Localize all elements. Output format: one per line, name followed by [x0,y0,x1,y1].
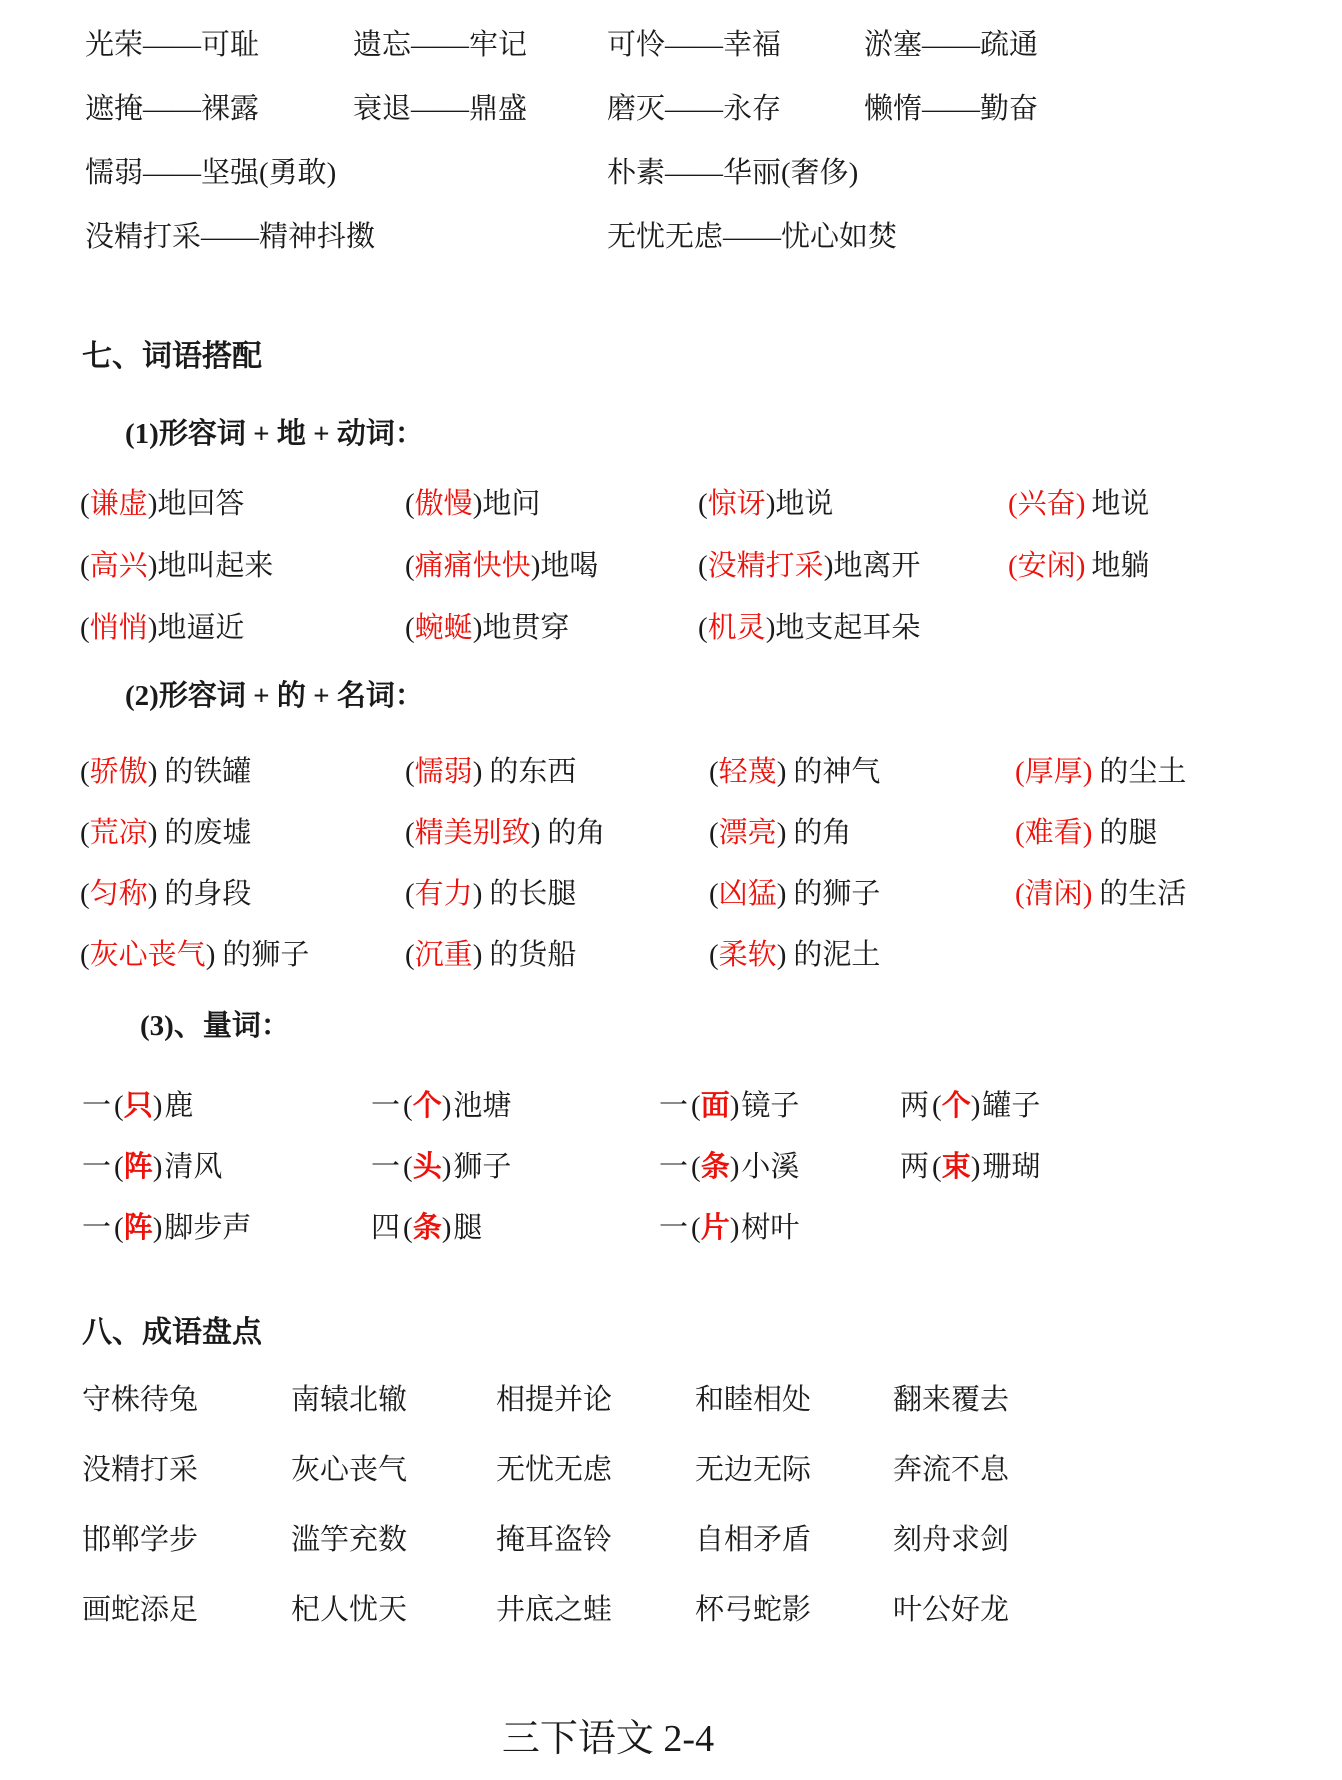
antonym-pair: 遮掩——裸露 [85,94,353,124]
close-paren: ) [206,939,216,971]
measure-word-item: 一(头)狮子 [371,1152,659,1182]
idiom-item: 无边无际 [695,1455,893,1485]
collocation-item: (高兴)地叫起来 [80,551,405,581]
text-row: 邯郸学步滥竽充数掩耳盗铃自相矛盾刻舟求剑 [82,1525,1009,1555]
open-paren: ( [403,1090,413,1122]
open-paren: ( [1015,878,1025,910]
idiom-item: 灰心丧气 [291,1455,496,1485]
idiom-item: 无忧无虑 [496,1455,695,1485]
idiom-item: 掩耳盗铃 [496,1525,695,1555]
phrase-tail: 的长腿 [489,878,576,910]
antonym-pair: 淤塞——疏通 [864,30,1038,60]
close-paren: ) [473,878,483,910]
collocation-item: (灰心丧气)的狮子 [80,940,405,970]
idiom-item: 邯郸学步 [82,1525,291,1555]
phrase-tail: 的尘土 [1099,756,1186,788]
idiom-item: 相提并论 [496,1385,695,1415]
numeral-text: 一 [659,1151,688,1183]
answer-word: 惊讶 [708,488,766,520]
collocation-item: (谦虚)地回答 [80,489,405,519]
open-paren: ( [709,939,719,971]
close-paren: ) [730,1212,740,1244]
numeral-text: 一 [659,1090,688,1122]
text-row: (高兴)地叫起来(痛痛快快)地喝(没精打采)地离开(安闲)地躺 [80,551,1149,581]
open-paren: ( [80,878,90,910]
phrase-tail: 的泥土 [793,939,880,971]
collocation-item: (悄悄)地逼近 [80,613,405,643]
close-paren: ) [766,488,776,520]
answer-word: 骄傲 [90,756,148,788]
open-paren: ( [405,756,415,788]
phrase-tail: 地说 [1091,488,1149,520]
close-paren: ) [531,817,541,849]
phrase-tail: 珊瑚 [982,1151,1040,1183]
close-paren: ) [148,756,158,788]
measure-word-item: 一(片)树叶 [659,1213,900,1243]
open-paren: ( [405,550,415,582]
antonym-pair: 可怜——幸福 [607,30,864,60]
open-paren: ( [114,1212,124,1244]
measure-word-item: 一(只)鹿 [82,1091,371,1121]
answer-word: 个 [413,1090,442,1122]
answer-word: 蜿蜒 [415,612,473,644]
answer-word: 没精打采 [708,550,824,582]
open-paren: ( [80,612,90,644]
answer-word: 匀称 [90,878,148,910]
adverb-collocation-list: (谦虚)地回答(傲慢)地问(惊讶)地说(兴奋)地说(高兴)地叫起来(痛痛快快)地… [80,489,1149,675]
open-paren: ( [709,817,719,849]
idiom-item: 奔流不息 [893,1455,1009,1485]
open-paren: ( [403,1212,413,1244]
antonym-pair: 懒惰——勤奋 [864,94,1038,124]
answer-word: 荒凉 [90,817,148,849]
collocation-item: (漂亮)的角 [709,818,1015,848]
collocation-item: (惊讶)地说 [698,489,1008,519]
collocation-item: (凶猛)的狮子 [709,879,1015,909]
answer-word: 片 [701,1212,730,1244]
phrase-tail: 的角 [547,817,605,849]
answer-word: 痛痛快快 [415,550,531,582]
collocation-item: (没精打采)地离开 [698,551,1008,581]
phrase-tail: 地躺 [1091,550,1149,582]
text-row: 没精打采——精神抖擞无忧无虑——忧心如焚 [85,222,1038,252]
open-paren: ( [114,1090,124,1122]
section-8-title: 八、成语盘点 [82,1317,262,1349]
answer-word: 头 [413,1151,442,1183]
phrase-tail: 地支起耳朵 [775,612,920,644]
phrase-tail: 的神气 [793,756,880,788]
close-paren: ) [766,612,776,644]
close-paren: ) [442,1090,452,1122]
measure-word-item: 一(阵)脚步声 [82,1213,371,1243]
open-paren: ( [932,1090,942,1122]
antonym-pair: 磨灭——永存 [607,94,864,124]
phrase-tail: 小溪 [741,1151,799,1183]
open-paren: ( [114,1151,124,1183]
text-row: 一(阵)脚步声四(条)腿一(片)树叶 [82,1213,1040,1243]
answer-word: 悄悄 [90,612,148,644]
close-paren: ) [442,1212,452,1244]
open-paren: ( [1015,817,1025,849]
idiom-item: 南辕北辙 [291,1385,496,1415]
phrase-tail: 地说 [775,488,833,520]
open-paren: ( [80,817,90,849]
collocation-item: (清闲)的生活 [1015,879,1186,909]
open-paren: ( [1015,756,1025,788]
close-paren: ) [442,1151,452,1183]
answer-word: 阵 [124,1151,153,1183]
subsection-1-title: (1)形容词 + 地 + 动词： [125,419,424,450]
answer-word: 傲慢 [415,488,473,520]
open-paren: ( [80,756,90,788]
open-paren: ( [709,756,719,788]
collocation-item: (沉重)的货船 [405,940,709,970]
measure-word-item: 四(条)腿 [371,1213,659,1243]
antonym-pair: 衰退——鼎盛 [353,94,607,124]
phrase-tail: 的身段 [164,878,251,910]
close-paren: ) [148,488,158,520]
collocation-item: (傲慢)地问 [405,489,698,519]
answer-word: 面 [701,1090,730,1122]
text-row: 守株待兔南辕北辙相提并论和睦相处翻来覆去 [82,1385,1009,1415]
idiom-item: 和睦相处 [695,1385,893,1415]
close-paren: ) [148,878,158,910]
idiom-item: 杞人忧天 [291,1595,496,1625]
open-paren: ( [698,612,708,644]
close-paren: ) [473,756,483,788]
text-row: (悄悄)地逼近(蜿蜒)地贯穿(机灵)地支起耳朵 [80,613,1149,643]
answer-word: 阵 [124,1212,153,1244]
measure-word-item: 一(阵)清风 [82,1152,371,1182]
phrase-tail: 鹿 [164,1090,193,1122]
answer-word: 清闲 [1025,878,1083,910]
answer-word: 柔软 [719,939,777,971]
numeral-text: 四 [371,1212,400,1244]
phrase-tail: 的角 [793,817,851,849]
answer-word: 凶猛 [719,878,777,910]
measure-word-item: 一(面)镜子 [659,1091,900,1121]
close-paren: ) [473,612,483,644]
idiom-item: 杯弓蛇影 [695,1595,893,1625]
antonym-pair: 朴素——华丽(奢侈) [607,158,861,188]
measure-word-item: 一(条)小溪 [659,1152,900,1182]
answer-word: 漂亮 [719,817,777,849]
measure-word-item: 两(个)罐子 [900,1091,1040,1121]
phrase-tail: 的铁罐 [164,756,251,788]
phrase-tail: 地离开 [833,550,920,582]
idiom-item: 滥竽充数 [291,1525,496,1555]
phrase-tail: 的生活 [1099,878,1186,910]
idiom-item: 守株待兔 [82,1385,291,1415]
close-paren: ) [824,550,834,582]
open-paren: ( [403,1151,413,1183]
answer-word: 厚厚 [1025,756,1083,788]
phrase-tail: 地喝 [540,550,598,582]
collocation-item: (柔软)的泥土 [709,940,1015,970]
collocation-item: (兴奋)地说 [1008,489,1149,519]
open-paren: ( [1008,488,1018,520]
idiom-item: 刻舟求剑 [893,1525,1009,1555]
open-paren: ( [691,1090,701,1122]
answer-word: 灰心丧气 [90,939,206,971]
answer-word: 安闲 [1018,550,1076,582]
close-paren: ) [971,1090,981,1122]
subsection-3-title: (3)、量词： [140,1011,290,1042]
numeral-text: 一 [82,1151,111,1183]
collocation-item: (蜿蜒)地贯穿 [405,613,698,643]
close-paren: ) [730,1151,740,1183]
text-row: (骄傲)的铁罐(懦弱)的东西(轻蔑)的神气(厚厚)的尘土 [80,757,1186,787]
collocation-item: (懦弱)的东西 [405,757,709,787]
phrase-tail: 的狮子 [222,939,309,971]
text-row: 一(阵)清风一(头)狮子一(条)小溪两(束)珊瑚 [82,1152,1040,1182]
close-paren: ) [153,1212,163,1244]
answer-word: 束 [942,1151,971,1183]
close-paren: ) [777,939,787,971]
collocation-item: (安闲)地躺 [1008,551,1149,581]
text-row: (匀称)的身段(有力)的长腿(凶猛)的狮子(清闲)的生活 [80,879,1186,909]
text-row: 遮掩——裸露衰退——鼎盛磨灭——永存懒惰——勤奋 [85,94,1038,124]
close-paren: ) [473,939,483,971]
antonym-pair: 无忧无虑——忧心如焚 [607,222,861,252]
text-row: (灰心丧气)的狮子(沉重)的货船(柔软)的泥土 [80,940,1186,970]
answer-word: 轻蔑 [719,756,777,788]
phrase-tail: 脚步声 [164,1212,251,1244]
close-paren: ) [1083,756,1093,788]
subsection-2-title: (2)形容词 + 的 + 名词： [125,681,424,712]
phrase-tail: 地贯穿 [482,612,569,644]
open-paren: ( [80,488,90,520]
section-7-title: 七、词语搭配 [82,341,262,373]
phrase-tail: 的东西 [489,756,576,788]
measure-word-item: 一(个)池塘 [371,1091,659,1121]
collocation-item: (机灵)地支起耳朵 [698,613,1008,643]
open-paren: ( [405,878,415,910]
close-paren: ) [1076,488,1086,520]
phrase-tail: 的腿 [1099,817,1157,849]
open-paren: ( [932,1151,942,1183]
open-paren: ( [80,939,90,971]
answer-word: 精美别致 [415,817,531,849]
open-paren: ( [691,1212,701,1244]
text-row: 没精打采灰心丧气无忧无虑无边无际奔流不息 [82,1455,1009,1485]
antonym-pair: 光荣——可耻 [85,30,353,60]
idiom-item: 画蛇添足 [82,1595,291,1625]
idiom-item: 自相矛盾 [695,1525,893,1555]
answer-word: 谦虚 [90,488,148,520]
close-paren: ) [777,878,787,910]
close-paren: ) [1083,817,1093,849]
text-row: 懦弱——坚强(勇敢)朴素——华丽(奢侈) [85,158,1038,188]
phrase-tail: 池塘 [453,1090,511,1122]
phrase-tail: 地问 [482,488,540,520]
numeral-text: 一 [371,1151,400,1183]
measure-word-list: 一(只)鹿一(个)池塘一(面)镜子两(个)罐子一(阵)清风一(头)狮子一(条)小… [82,1091,1040,1274]
idiom-item: 翻来覆去 [893,1385,1009,1415]
close-paren: ) [777,817,787,849]
adjective-collocation-list: (骄傲)的铁罐(懦弱)的东西(轻蔑)的神气(厚厚)的尘土(荒凉)的废墟(精美别致… [80,757,1186,1001]
answer-word: 只 [124,1090,153,1122]
text-row: 画蛇添足杞人忧天井底之蛙杯弓蛇影叶公好龙 [82,1595,1009,1625]
collocation-item: (荒凉)的废墟 [80,818,405,848]
close-paren: ) [148,550,158,582]
answer-word: 个 [942,1090,971,1122]
collocation-item: (痛痛快快)地喝 [405,551,698,581]
answer-word: 机灵 [708,612,766,644]
answer-word: 条 [413,1212,442,1244]
answer-word: 高兴 [90,550,148,582]
close-paren: ) [531,550,541,582]
numeral-text: 一 [371,1090,400,1122]
close-paren: ) [153,1090,163,1122]
close-paren: ) [153,1151,163,1183]
collocation-item: (精美别致)的角 [405,818,709,848]
measure-word-item: 两(束)珊瑚 [900,1152,1040,1182]
numeral-text: 两 [900,1151,929,1183]
phrase-tail: 的废墟 [164,817,251,849]
phrase-tail: 的货船 [489,939,576,971]
text-row: 一(只)鹿一(个)池塘一(面)镜子两(个)罐子 [82,1091,1040,1121]
phrase-tail: 地叫起来 [157,550,273,582]
phrase-tail: 的狮子 [793,878,880,910]
open-paren: ( [405,488,415,520]
open-paren: ( [1008,550,1018,582]
answer-word: 难看 [1025,817,1083,849]
answer-word: 懦弱 [415,756,473,788]
text-row: (谦虚)地回答(傲慢)地问(惊讶)地说(兴奋)地说 [80,489,1149,519]
phrase-tail: 腿 [453,1212,482,1244]
collocation-item: (厚厚)的尘土 [1015,757,1186,787]
idiom-item: 井底之蛙 [496,1595,695,1625]
close-paren: ) [148,612,158,644]
collocation-item: (骄傲)的铁罐 [80,757,405,787]
collocation-item: (匀称)的身段 [80,879,405,909]
phrase-tail: 地逼近 [157,612,244,644]
idiom-item: 没精打采 [82,1455,291,1485]
collocation-item: (难看)的腿 [1015,818,1157,848]
answer-word: 沉重 [415,939,473,971]
antonym-pair: 懦弱——坚强(勇敢) [85,158,607,188]
open-paren: ( [698,550,708,582]
numeral-text: 一 [659,1212,688,1244]
open-paren: ( [691,1151,701,1183]
close-paren: ) [1076,550,1086,582]
numeral-text: 一 [82,1212,111,1244]
phrase-tail: 罐子 [982,1090,1040,1122]
close-paren: ) [730,1090,740,1122]
numeral-text: 两 [900,1090,929,1122]
open-paren: ( [698,488,708,520]
page-footer: 三下语文 2-4 [0,1716,1216,1762]
answer-word: 有力 [415,878,473,910]
open-paren: ( [405,817,415,849]
open-paren: ( [709,878,719,910]
close-paren: ) [473,488,483,520]
numeral-text: 一 [82,1090,111,1122]
close-paren: ) [1083,878,1093,910]
antonym-list: 光荣——可耻遗忘——牢记可怜——幸福淤塞——疏通遮掩——裸露衰退——鼎盛磨灭——… [85,30,1038,286]
close-paren: ) [148,817,158,849]
phrase-tail: 狮子 [453,1151,511,1183]
text-row: (荒凉)的废墟(精美别致)的角(漂亮)的角(难看)的腿 [80,818,1186,848]
worksheet-page: 光荣——可耻遗忘——牢记可怜——幸福淤塞——疏通遮掩——裸露衰退——鼎盛磨灭——… [0,0,1342,1780]
collocation-item: (有力)的长腿 [405,879,709,909]
phrase-tail: 树叶 [741,1212,799,1244]
answer-word: 兴奋 [1018,488,1076,520]
open-paren: ( [405,939,415,971]
antonym-pair: 没精打采——精神抖擞 [85,222,607,252]
text-row: 光荣——可耻遗忘——牢记可怜——幸福淤塞——疏通 [85,30,1038,60]
phrase-tail: 镜子 [741,1090,799,1122]
phrase-tail: 清风 [164,1151,222,1183]
idiom-list: 守株待兔南辕北辙相提并论和睦相处翻来覆去没精打采灰心丧气无忧无虑无边无际奔流不息… [82,1385,1009,1665]
collocation-item: (轻蔑)的神气 [709,757,1015,787]
close-paren: ) [971,1151,981,1183]
antonym-pair: 遗忘——牢记 [353,30,607,60]
open-paren: ( [405,612,415,644]
open-paren: ( [80,550,90,582]
close-paren: ) [777,756,787,788]
answer-word: 条 [701,1151,730,1183]
idiom-item: 叶公好龙 [893,1595,1009,1625]
phrase-tail: 地回答 [157,488,244,520]
